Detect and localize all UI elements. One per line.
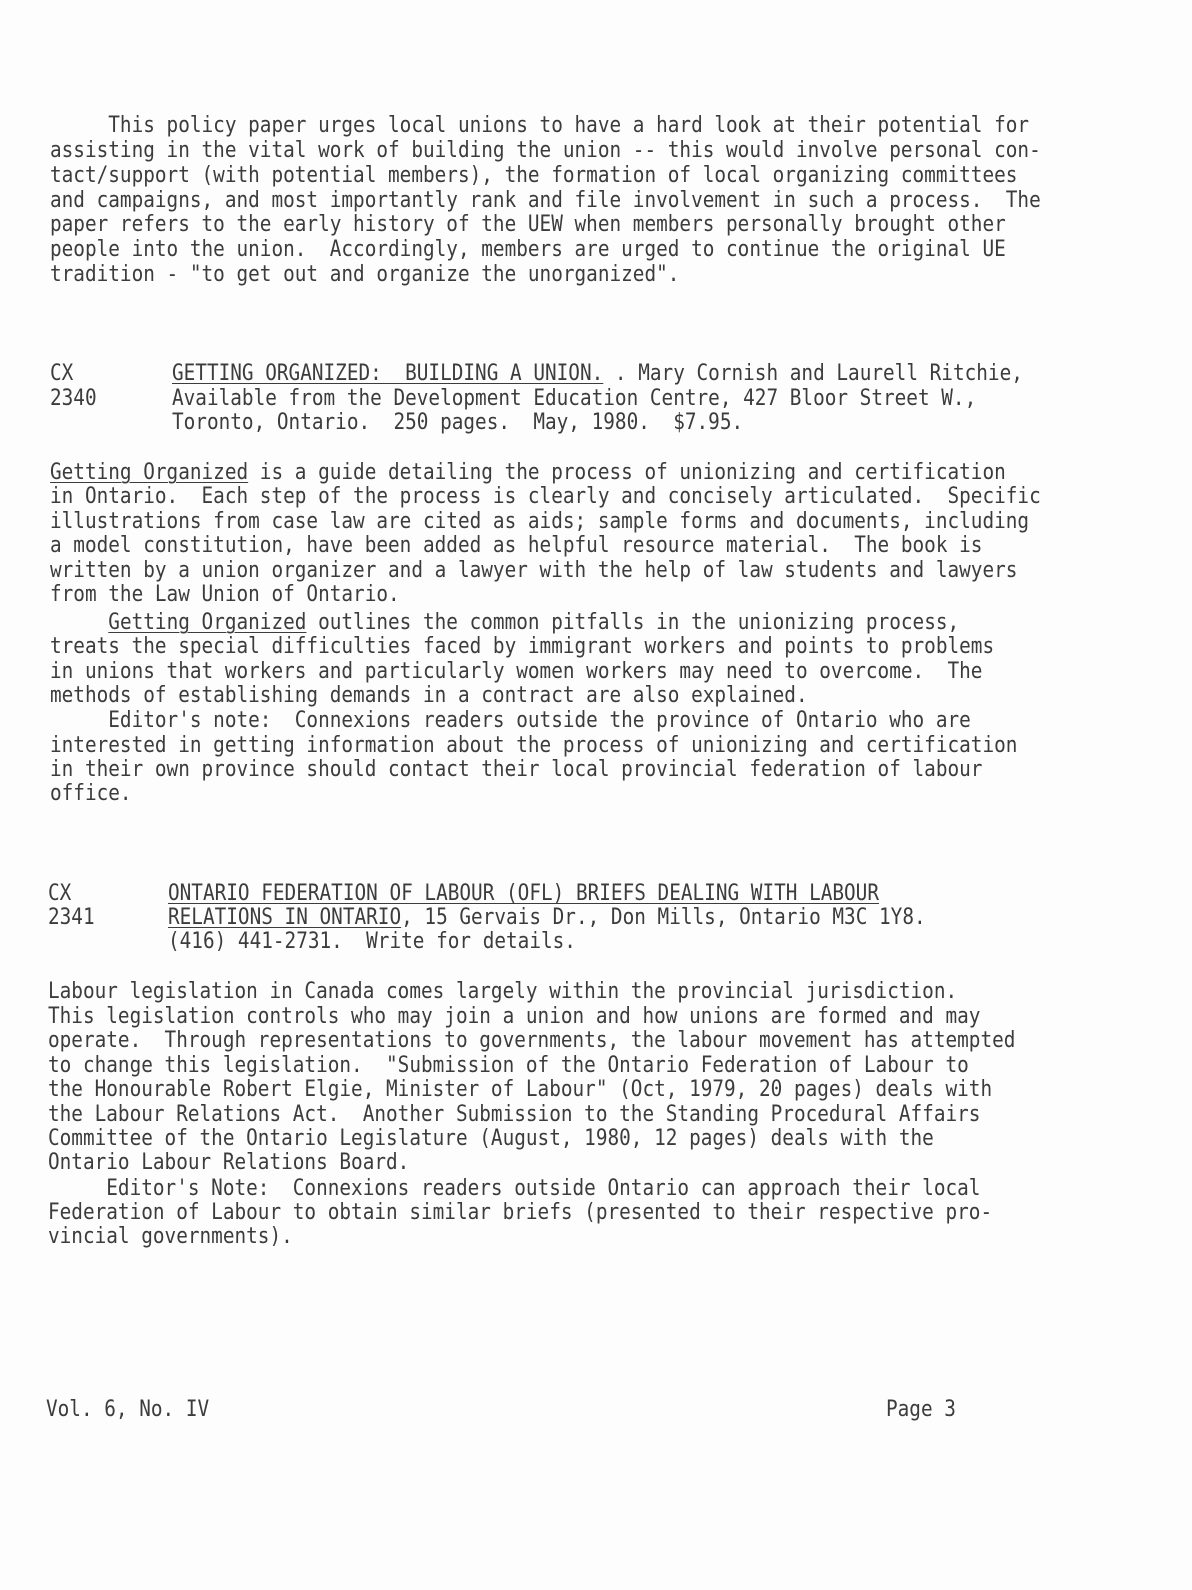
intro-line: tact/support (with potential members), t… xyxy=(50,164,1017,188)
page-number: Page 3 xyxy=(886,1398,956,1422)
intro-line: assisting in the vital work of building … xyxy=(50,139,1041,163)
intro-line: and campaigns, and most importantly rank… xyxy=(50,189,1041,213)
document-page: This policy paper urges local unions to … xyxy=(0,0,1192,1590)
entry-body-line: to change this legislation. "Submission … xyxy=(48,1054,969,1078)
entry-header-line: GETTING ORGANIZED: BUILDING A UNION. . M… xyxy=(172,362,1023,386)
entry-number: 2340 xyxy=(50,387,97,411)
entry-body-line: illustrations from case law are cited as… xyxy=(50,510,1029,534)
entry-body-line: methods of establishing demands in a con… xyxy=(50,684,808,708)
editor-note-line: Editor's Note: Connexions readers outsid… xyxy=(48,1177,980,1201)
entry-body-line: in Ontario. Each step of the process is … xyxy=(50,485,1041,509)
entry-title: GETTING ORGANIZED: BUILDING A UNION. xyxy=(172,361,603,386)
entry-header-line: ONTARIO FEDERATION OF LABOUR (OFL) BRIEF… xyxy=(168,882,879,906)
editor-note-line: interested in getting information about … xyxy=(50,734,1017,758)
editor-note-line: office. xyxy=(50,782,132,806)
intro-line: people into the union. Accordingly, memb… xyxy=(50,238,1006,262)
entry-header-line: RELATIONS IN ONTARIO, 15 Gervais Dr., Do… xyxy=(168,906,926,930)
volume-label: Vol. 6, No. IV xyxy=(46,1398,209,1422)
body-text: is a guide detailing the process of unio… xyxy=(248,460,1006,485)
entry-header-line: Available from the Development Education… xyxy=(172,387,976,411)
editor-note-line: vincial governments). xyxy=(48,1225,293,1249)
intro-line: paper refers to the early history of the… xyxy=(50,213,1006,237)
entry-body-line: written by a union organizer and a lawye… xyxy=(50,559,1017,583)
entry-body-line: a model constitution, have been added as… xyxy=(50,534,982,558)
entry-code: CX xyxy=(48,882,71,906)
entry-header-line: (416) 441-2731. Write for details. xyxy=(168,930,576,954)
entry-body-line: in unions that workers and particularly … xyxy=(50,660,982,684)
entry-body-line: operate. Through representations to gove… xyxy=(48,1029,1015,1053)
editor-note-line: in their own province should contact the… xyxy=(50,758,982,782)
entry-body-line: Ontario Labour Relations Board. xyxy=(48,1151,409,1175)
entry-code: CX xyxy=(50,362,73,386)
entry-body-line: Labour legislation in Canada comes large… xyxy=(48,980,957,1004)
entry-address: , 15 Gervais Dr., Don Mills, Ontario M3C… xyxy=(401,905,926,930)
entry-header-line: Toronto, Ontario. 250 pages. May, 1980. … xyxy=(172,411,743,435)
book-title: Getting Organized xyxy=(108,610,306,635)
entry-number: 2341 xyxy=(48,906,95,930)
entry-title: RELATIONS IN ONTARIO xyxy=(168,905,401,930)
intro-line: This policy paper urges local unions to … xyxy=(50,114,1029,138)
entry-body-line: the Honourable Robert Elgie, Minister of… xyxy=(48,1078,992,1102)
entry-body-line: Getting Organized is a guide detailing t… xyxy=(50,461,1006,485)
book-title: Getting Organized xyxy=(50,460,248,485)
entry-authors: . Mary Cornish and Laurell Ritchie, xyxy=(603,361,1023,386)
entry-body-line: treats the special difficulties faced by… xyxy=(50,635,994,659)
entry-title: ONTARIO FEDERATION OF LABOUR (OFL) BRIEF… xyxy=(168,881,879,906)
editor-note-line: Federation of Labour to obtain similar b… xyxy=(48,1201,992,1225)
entry-body-line: Getting Organized outlines the common pi… xyxy=(50,611,959,635)
entry-body-line: Committee of the Ontario Legislature (Au… xyxy=(48,1127,934,1151)
entry-body-line: This legislation controls who may join a… xyxy=(48,1005,980,1029)
entry-body-line: the Labour Relations Act. Another Submis… xyxy=(48,1103,980,1127)
entry-body-line: from the Law Union of Ontario. xyxy=(50,583,400,607)
body-text: outlines the common pitfalls in the unio… xyxy=(306,610,959,635)
editor-note-line: Editor's note: Connexions readers outsid… xyxy=(50,709,971,733)
intro-line: tradition - "to get out and organize the… xyxy=(50,263,679,287)
